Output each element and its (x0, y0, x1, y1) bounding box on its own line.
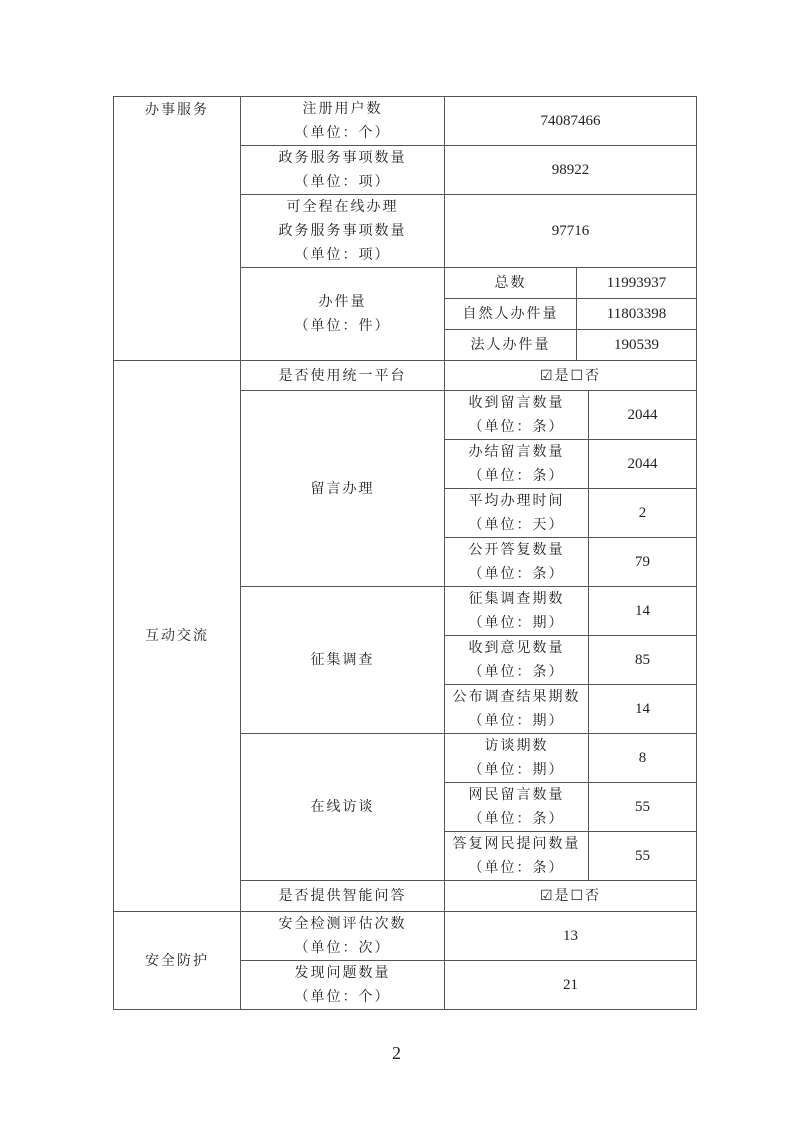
interviews-periods-label: 访谈期数 （单位：期） (445, 734, 589, 783)
cases-label: 办件量 （单位：件） (241, 268, 445, 361)
category-interaction: 互动交流 (114, 361, 241, 912)
cases-legal-person-label: 法人办件量 (445, 330, 577, 361)
page-number: 2 (0, 1043, 793, 1064)
surveys-opinions-label: 收到意见数量 （单位：条） (445, 636, 589, 685)
issues-value: 21 (445, 961, 697, 1010)
interviews-messages-label: 网民留言数量 （单位：条） (445, 783, 589, 832)
messages-avg-time-value: 2 (589, 489, 697, 538)
table-row: 办事服务 注册用户数 （单位：个） 74087466 (114, 97, 697, 146)
surveys-periods-value: 14 (589, 587, 697, 636)
messages-avg-time-label: 平均办理时间 （单位：天） (445, 489, 589, 538)
surveys-results-value: 14 (589, 685, 697, 734)
messages-public-replies-label: 公开答复数量 （单位：条） (445, 538, 589, 587)
messages-completed-value: 2044 (589, 440, 697, 489)
table-row: 互动交流 是否使用统一平台 ☑是☐否 (114, 361, 697, 391)
unified-platform-checkbox: ☑是☐否 (445, 361, 697, 391)
surveys-label: 征集调查 (241, 587, 445, 734)
online-items-value: 97716 (445, 195, 697, 268)
messages-received-label: 收到留言数量 （单位：条） (445, 391, 589, 440)
messages-received-value: 2044 (589, 391, 697, 440)
interviews-replies-label: 答复网民提问数量 （单位：条） (445, 832, 589, 881)
cases-natural-person-value: 11803398 (577, 299, 697, 330)
smart-qa-checkbox: ☑是☐否 (445, 881, 697, 912)
cases-natural-person-label: 自然人办件量 (445, 299, 577, 330)
category-service: 办事服务 (114, 97, 241, 361)
category-security: 安全防护 (114, 912, 241, 1010)
messages-completed-label: 办结留言数量 （单位：条） (445, 440, 589, 489)
service-items-value: 98922 (445, 146, 697, 195)
surveys-opinions-value: 85 (589, 636, 697, 685)
online-items-label: 可全程在线办理 政务服务事项数量 （单位：项） (241, 195, 445, 268)
registered-users-value: 74087466 (445, 97, 697, 146)
service-items-label: 政务服务事项数量 （单位：项） (241, 146, 445, 195)
issues-label: 发现问题数量 （单位：个） (241, 961, 445, 1010)
assessments-label: 安全检测评估次数 （单位：次） (241, 912, 445, 961)
interviews-label: 在线访谈 (241, 734, 445, 881)
messages-public-replies-value: 79 (589, 538, 697, 587)
unified-platform-label: 是否使用统一平台 (241, 361, 445, 391)
cases-total-value: 11993937 (577, 268, 697, 299)
surveys-periods-label: 征集调查期数 （单位：期） (445, 587, 589, 636)
interviews-messages-value: 55 (589, 783, 697, 832)
cases-legal-person-value: 190539 (577, 330, 697, 361)
assessments-value: 13 (445, 912, 697, 961)
interviews-periods-value: 8 (589, 734, 697, 783)
smart-qa-label: 是否提供智能问答 (241, 881, 445, 912)
messages-label: 留言办理 (241, 391, 445, 587)
statistics-table: 办事服务 注册用户数 （单位：个） 74087466 政务服务事项数量 （单位：… (113, 96, 697, 1010)
table-row: 安全防护 安全检测评估次数 （单位：次） 13 (114, 912, 697, 961)
interviews-replies-value: 55 (589, 832, 697, 881)
registered-users-label: 注册用户数 （单位：个） (241, 97, 445, 146)
surveys-results-label: 公布调查结果期数 （单位：期） (445, 685, 589, 734)
cases-total-label: 总数 (445, 268, 577, 299)
